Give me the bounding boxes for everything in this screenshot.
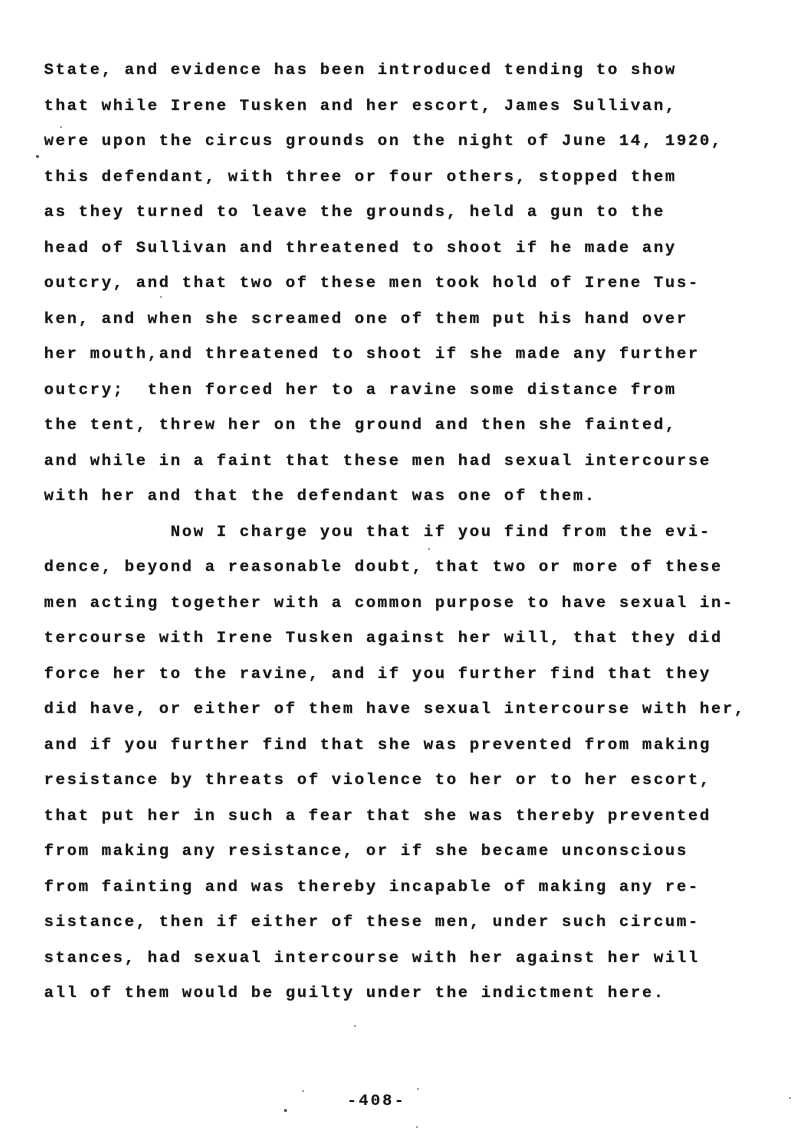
text-line: her mouth,and threatened to shoot if she… [44,337,766,373]
ink-speck [417,1088,419,1090]
text-line: that while Irene Tusken and her escort, … [44,89,766,125]
text-line: dence, beyond a reasonable doubt, that t… [44,550,766,586]
text-line: and if you further find that she was pre… [44,728,766,764]
text-line: stances, had sexual intercourse with her… [44,941,766,977]
text-line: tercourse with Irene Tusken against her … [44,621,766,657]
text-line: force her to the ravine, and if you furt… [44,657,766,693]
ink-speck [160,296,162,298]
document-page: State, and evidence has been introduced … [0,0,800,1130]
text-line: did have, or either of them have sexual … [44,692,766,728]
ink-speck [36,155,39,158]
text-line: this defendant, with three or four other… [44,160,766,196]
ink-speck [789,1097,791,1099]
ink-speck [428,548,430,550]
text-line: from making any resistance, or if she be… [44,834,766,870]
text-line: outcry, and that two of these men took h… [44,266,766,302]
text-line: resistance by threats of violence to her… [44,763,766,799]
text-line: the tent, threw her on the ground and th… [44,408,766,444]
ink-speck [354,1025,356,1027]
text-line: from fainting and was thereby incapable … [44,870,766,906]
text-line: sistance, then if either of these men, u… [44,905,766,941]
text-line: as they turned to leave the grounds, hel… [44,195,766,231]
ink-speck [302,1090,304,1092]
page-number: -408- [347,1092,406,1110]
ink-speck [60,126,62,128]
text-line: that put her in such a fear that she was… [44,799,766,835]
ink-speck [284,1109,287,1112]
text-line: State, and evidence has been introduced … [44,53,766,89]
ink-speck [416,1126,418,1128]
text-line: men acting together with a common purpos… [44,586,766,622]
text-line: all of them would be guilty under the in… [44,976,766,1012]
text-line: with her and that the defendant was one … [44,479,766,515]
text-line: outcry; then forced her to a ravine some… [44,373,766,409]
document-text: State, and evidence has been introduced … [44,53,766,1012]
text-line: Now I charge you that if you find from t… [44,515,766,551]
text-line: head of Sullivan and threatened to shoot… [44,231,766,267]
text-line: were upon the circus grounds on the nigh… [44,124,766,160]
text-line: and while in a faint that these men had … [44,444,766,480]
text-line: ken, and when she screamed one of them p… [44,302,766,338]
